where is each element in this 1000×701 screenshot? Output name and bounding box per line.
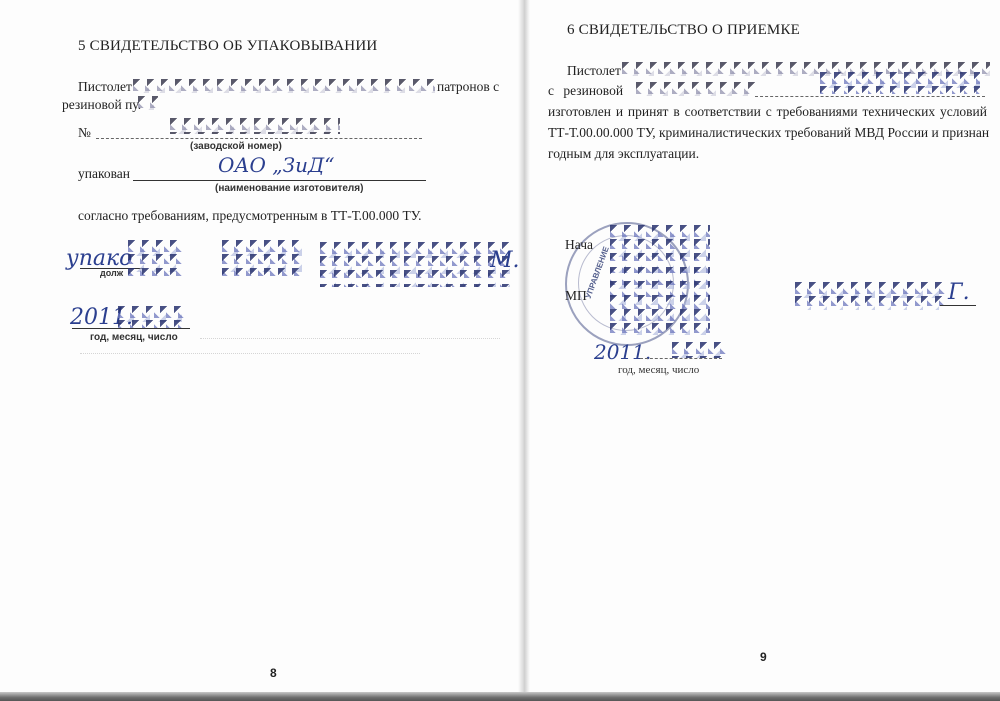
redacted-acceptor-name [795,282,945,310]
acceptance-body-line1: изготовлен и принят в соответствии с тре… [548,104,987,120]
acceptor-line [940,305,976,306]
chief-label: Нача [565,237,593,253]
acceptance-certificate-heading: 6 СВИДЕТЕЛЬСТВО О ПРИЕМКЕ [567,22,800,39]
packed-label: упакован [78,166,130,182]
acceptance-body-line3: годным для эксплуатации. [548,146,699,162]
redacted-stamp-and-chief [610,225,710,335]
bleed-through-text [200,328,500,339]
page-number-left: 8 [270,666,277,680]
redacted-serial-number [170,118,340,134]
manufacturer-handwritten: ОАО „ЗиД“ [218,153,334,177]
redacted-acceptance-date [672,342,727,358]
page-bottom-edge [0,692,1000,701]
position-caption: долж [100,268,123,278]
redacted-position [128,240,183,278]
redacted-signature [222,240,302,280]
pistol-label: Пистолет [78,79,132,95]
rubber-label: с резиновой [548,83,623,99]
acceptance-body-line2: ТТ-Т.00.00.000 ТУ, криминалистических тр… [548,125,989,141]
rubber-bullet-label: резиновой пу. [62,97,141,113]
redacted-serial-right [820,72,980,94]
packing-certificate-heading: 5 СВИДЕТЕЛЬСТВО ОБ УПАКОВЫВАНИИ [78,38,377,55]
redacted-caliber [138,96,158,110]
page-number-right: 9 [760,650,767,664]
packing-date-caption: год, месяц, число [90,332,178,343]
packing-date-line [72,328,190,329]
acceptor-initial: Г. [948,280,970,305]
stamp-place-label: МП [565,288,587,304]
cartridges-suffix: патронов с [437,79,499,95]
requirements-text: согласно требованиям, предусмотренным в … [78,208,421,224]
signer-initial: М. [490,248,520,273]
redacted-signer-name [320,242,510,287]
serial-caption: (заводской номер) [190,141,282,152]
redacted-packing-date [118,306,184,328]
acceptance-date-caption: год, месяц, число [618,364,699,376]
serial-label: № [78,125,91,141]
redacted-caliber-right [636,82,756,96]
manufacturer-caption: (наименование изготовителя) [215,183,363,194]
pistol-label-right: Пистолет [567,63,621,79]
book-spine [518,0,530,695]
redacted-pistol-model [133,79,435,93]
bleed-through-text [80,345,420,354]
